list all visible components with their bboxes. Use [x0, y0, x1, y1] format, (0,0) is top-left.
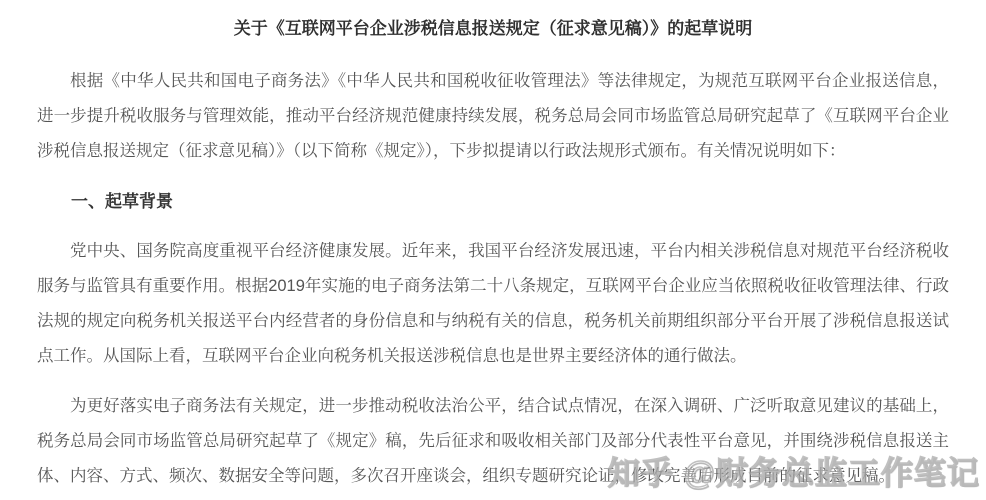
background-paragraph-1: 党中央、国务院高度重视平台经济健康发展。近年来，我国平台经济发展迅速，平台内相关… — [37, 234, 949, 374]
intro-paragraph: 根据《中华人民共和国电子商务法》《中华人民共和国税收征收管理法》等法律规定，为规… — [37, 64, 949, 169]
section-heading-background: 一、起草背景 — [37, 184, 949, 219]
document-page: 关于《互联网平台企业涉税信息报送规定（征求意见稿）》的起草说明 根据《中华人民共… — [0, 0, 986, 500]
document-title: 关于《互联网平台企业涉税信息报送规定（征求意见稿）》的起草说明 — [37, 16, 949, 42]
background-paragraph-2: 为更好落实电子商务法有关规定，进一步推动税收法治公平，结合试点情况，在深入调研、… — [37, 389, 949, 494]
